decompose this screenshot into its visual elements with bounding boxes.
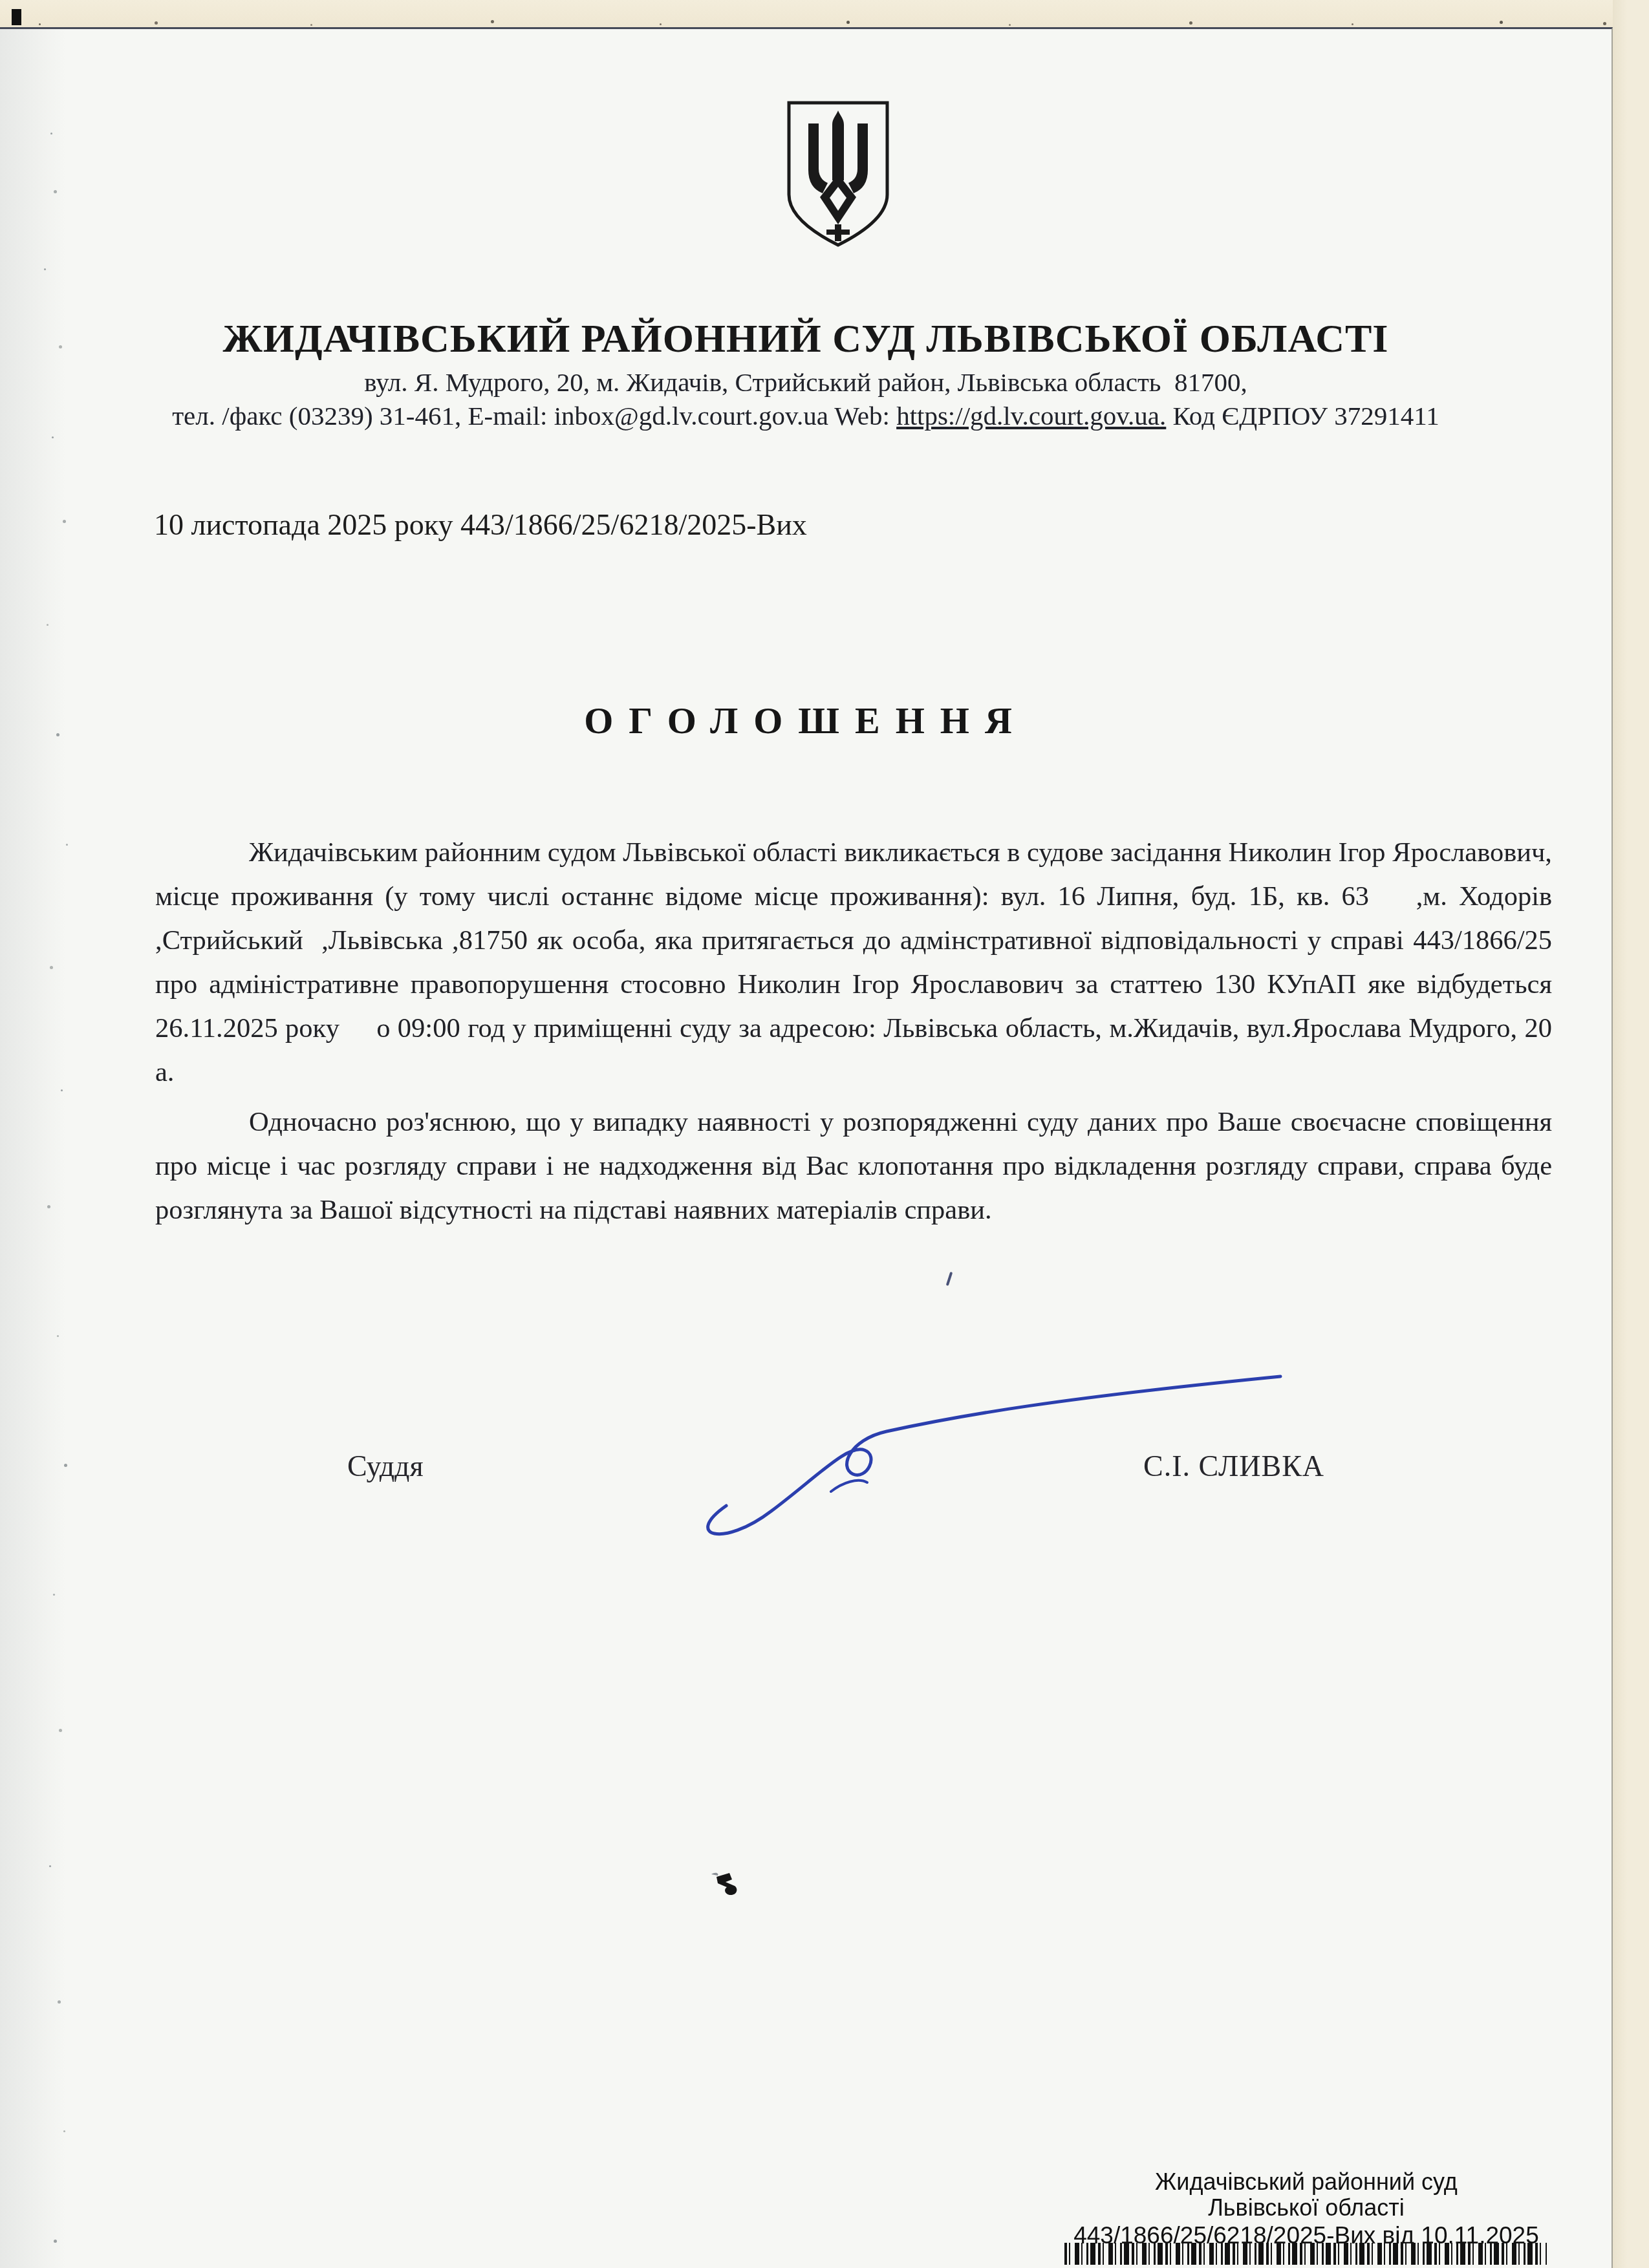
stray-ink-mark <box>946 1272 953 1286</box>
barcode-caption: *1207*2*00250*1*1* <box>1064 2265 1547 2268</box>
scan-edge-noise <box>39 23 41 25</box>
contact-suffix: Код ЄДРПОУ 37291411 <box>1166 401 1439 431</box>
contact-prefix: тел. /факс (03239) 31-461, E-mail: inbox… <box>172 401 896 431</box>
judge-name: С.І. СЛИВКА <box>1143 1449 1324 1483</box>
outgoing-date-number: 10 листопада 2025 року 443/1866/25/6218/… <box>154 508 807 542</box>
footer-court-line1: Жидачівський районний суд <box>1073 2169 1539 2195</box>
scanned-court-document: { "page": { "background_color": "#efe8d4… <box>0 0 1649 2268</box>
left-edge-shadow <box>0 29 78 2268</box>
court-address-line: вул. Я. Мудрого, 20, м. Жидачів, Стрийсь… <box>0 367 1611 398</box>
scan-speckles <box>50 133 52 134</box>
court-name-heading: ЖИДАЧІВСЬКИЙ РАЙОННИЙ СУД ЛЬВІВСЬКОЇ ОБЛ… <box>0 316 1611 362</box>
ukraine-trident-emblem <box>781 99 895 249</box>
judge-role-label: Суддя <box>347 1449 424 1483</box>
footer-stamp-block: Жидачівський районний суд Львівської обл… <box>1073 2169 1539 2249</box>
clarification-paragraph: Одночасно роз'яснюю, що у випадку наявно… <box>155 1100 1552 1232</box>
scanner-right-strip <box>1613 0 1649 2268</box>
court-contact-line: тел. /факс (03239) 31-461, E-mail: inbox… <box>0 400 1611 431</box>
document-barcode <box>1064 2243 1547 2265</box>
summons-paragraph: Жидачівським районним судом Львівської о… <box>155 831 1552 1095</box>
scan-corner-mark <box>12 9 21 25</box>
document-body: Жидачівським районним судом Львівської о… <box>155 831 1552 1232</box>
footer-court-line2: Львівської області <box>1073 2195 1539 2221</box>
court-website-url: https://gd.lv.court.gov.ua. <box>896 401 1166 431</box>
scanner-top-strip <box>0 0 1649 27</box>
document-title: ОГОЛОШЕННЯ <box>0 699 1611 742</box>
ink-blot-mark <box>710 1870 744 1899</box>
document-page: ЖИДАЧІВСЬКИЙ РАЙОННИЙ СУД ЛЬВІВСЬКОЇ ОБЛ… <box>0 27 1613 2268</box>
